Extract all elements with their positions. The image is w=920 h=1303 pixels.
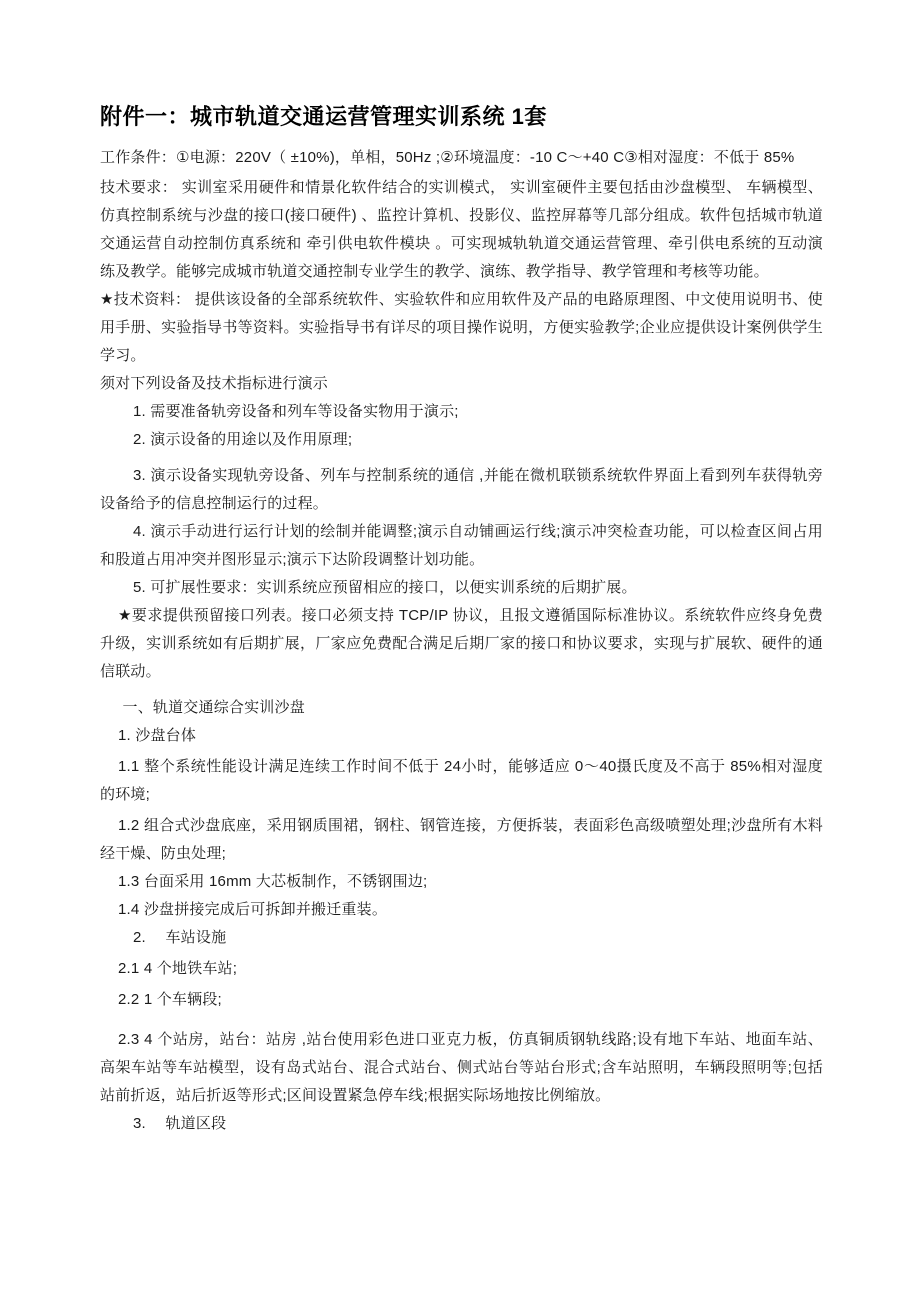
item-2-1: 2.1 4 个地铁车站; <box>100 955 823 983</box>
item-1-1: 1.1 整个系统性能设计满足连续工作时间不低于 24小时，能够适应 0～40摄氏… <box>100 753 823 809</box>
document-page: 附件一：城市轨道交通运营管理实训系统 1套 工作条件：①电源：220V（ ±10… <box>0 0 920 1303</box>
demo-item-5: 5. 可扩展性要求：实训系统应预留相应的接口，以便实训系统的后期扩展。 <box>100 574 823 602</box>
document-title: 附件一：城市轨道交通运营管理实训系统 1套 <box>100 100 823 134</box>
item-2-2: 2.2 1 个车辆段; <box>100 986 823 1014</box>
interface-requirement: ★要求提供预留接口列表。接口必须支持 TCP/IP 协议，且报文遵循国际标准协议… <box>100 602 823 686</box>
item-1-4: 1.4 沙盘拼接完成后可拆卸并搬迁重装。 <box>100 896 823 924</box>
working-conditions: 工作条件：①电源：220V（ ±10%)，单相，50Hz ;②环境温度：-10 … <box>100 142 823 174</box>
item-2-station-facilities: 2. 车站设施 <box>100 924 823 952</box>
demo-intro: 须对下列设备及技术指标进行演示 <box>100 370 823 398</box>
item-3-track-section: 3. 轨道区段 <box>100 1110 823 1138</box>
demo-item-4: 4. 演示手动进行运行计划的绘制并能调整;演示自动铺画运行线;演示冲突检查功能，… <box>100 518 823 574</box>
item-2-3: 2.3 4 个站房，站台：站房 ,站台使用彩色进口亚克力板，仿真铜质钢轨线路;设… <box>100 1026 823 1110</box>
demo-item-1: 1. 需要准备轨旁设备和列车等设备实物用于演示; <box>100 398 823 426</box>
technical-requirements: 技术要求： 实训室采用硬件和情景化软件结合的实训模式， 实训室硬件主要包括由沙盘… <box>100 174 823 286</box>
item-1-2: 1.2 组合式沙盘底座，采用钢质围裙，钢柱、钢管连接，方便拆装，表面彩色高级喷塑… <box>100 812 823 868</box>
demo-item-2: 2. 演示设备的用途以及作用原理; <box>100 426 823 454</box>
item-1-3: 1.3 台面采用 16mm 大芯板制作，不锈钢围边; <box>100 868 823 896</box>
demo-item-3: 3. 演示设备实现轨旁设备、列车与控制系统的通信 ,并能在微机联锁系统软件界面上… <box>100 462 823 518</box>
technical-documents: ★技术资料： 提供该设备的全部系统软件、实验软件和应用软件及产品的电路原理图、中… <box>100 286 823 370</box>
item-1-sand-table: 1. 沙盘台体 <box>100 722 823 750</box>
section-1-heading: 一、轨道交通综合实训沙盘 <box>100 694 823 722</box>
